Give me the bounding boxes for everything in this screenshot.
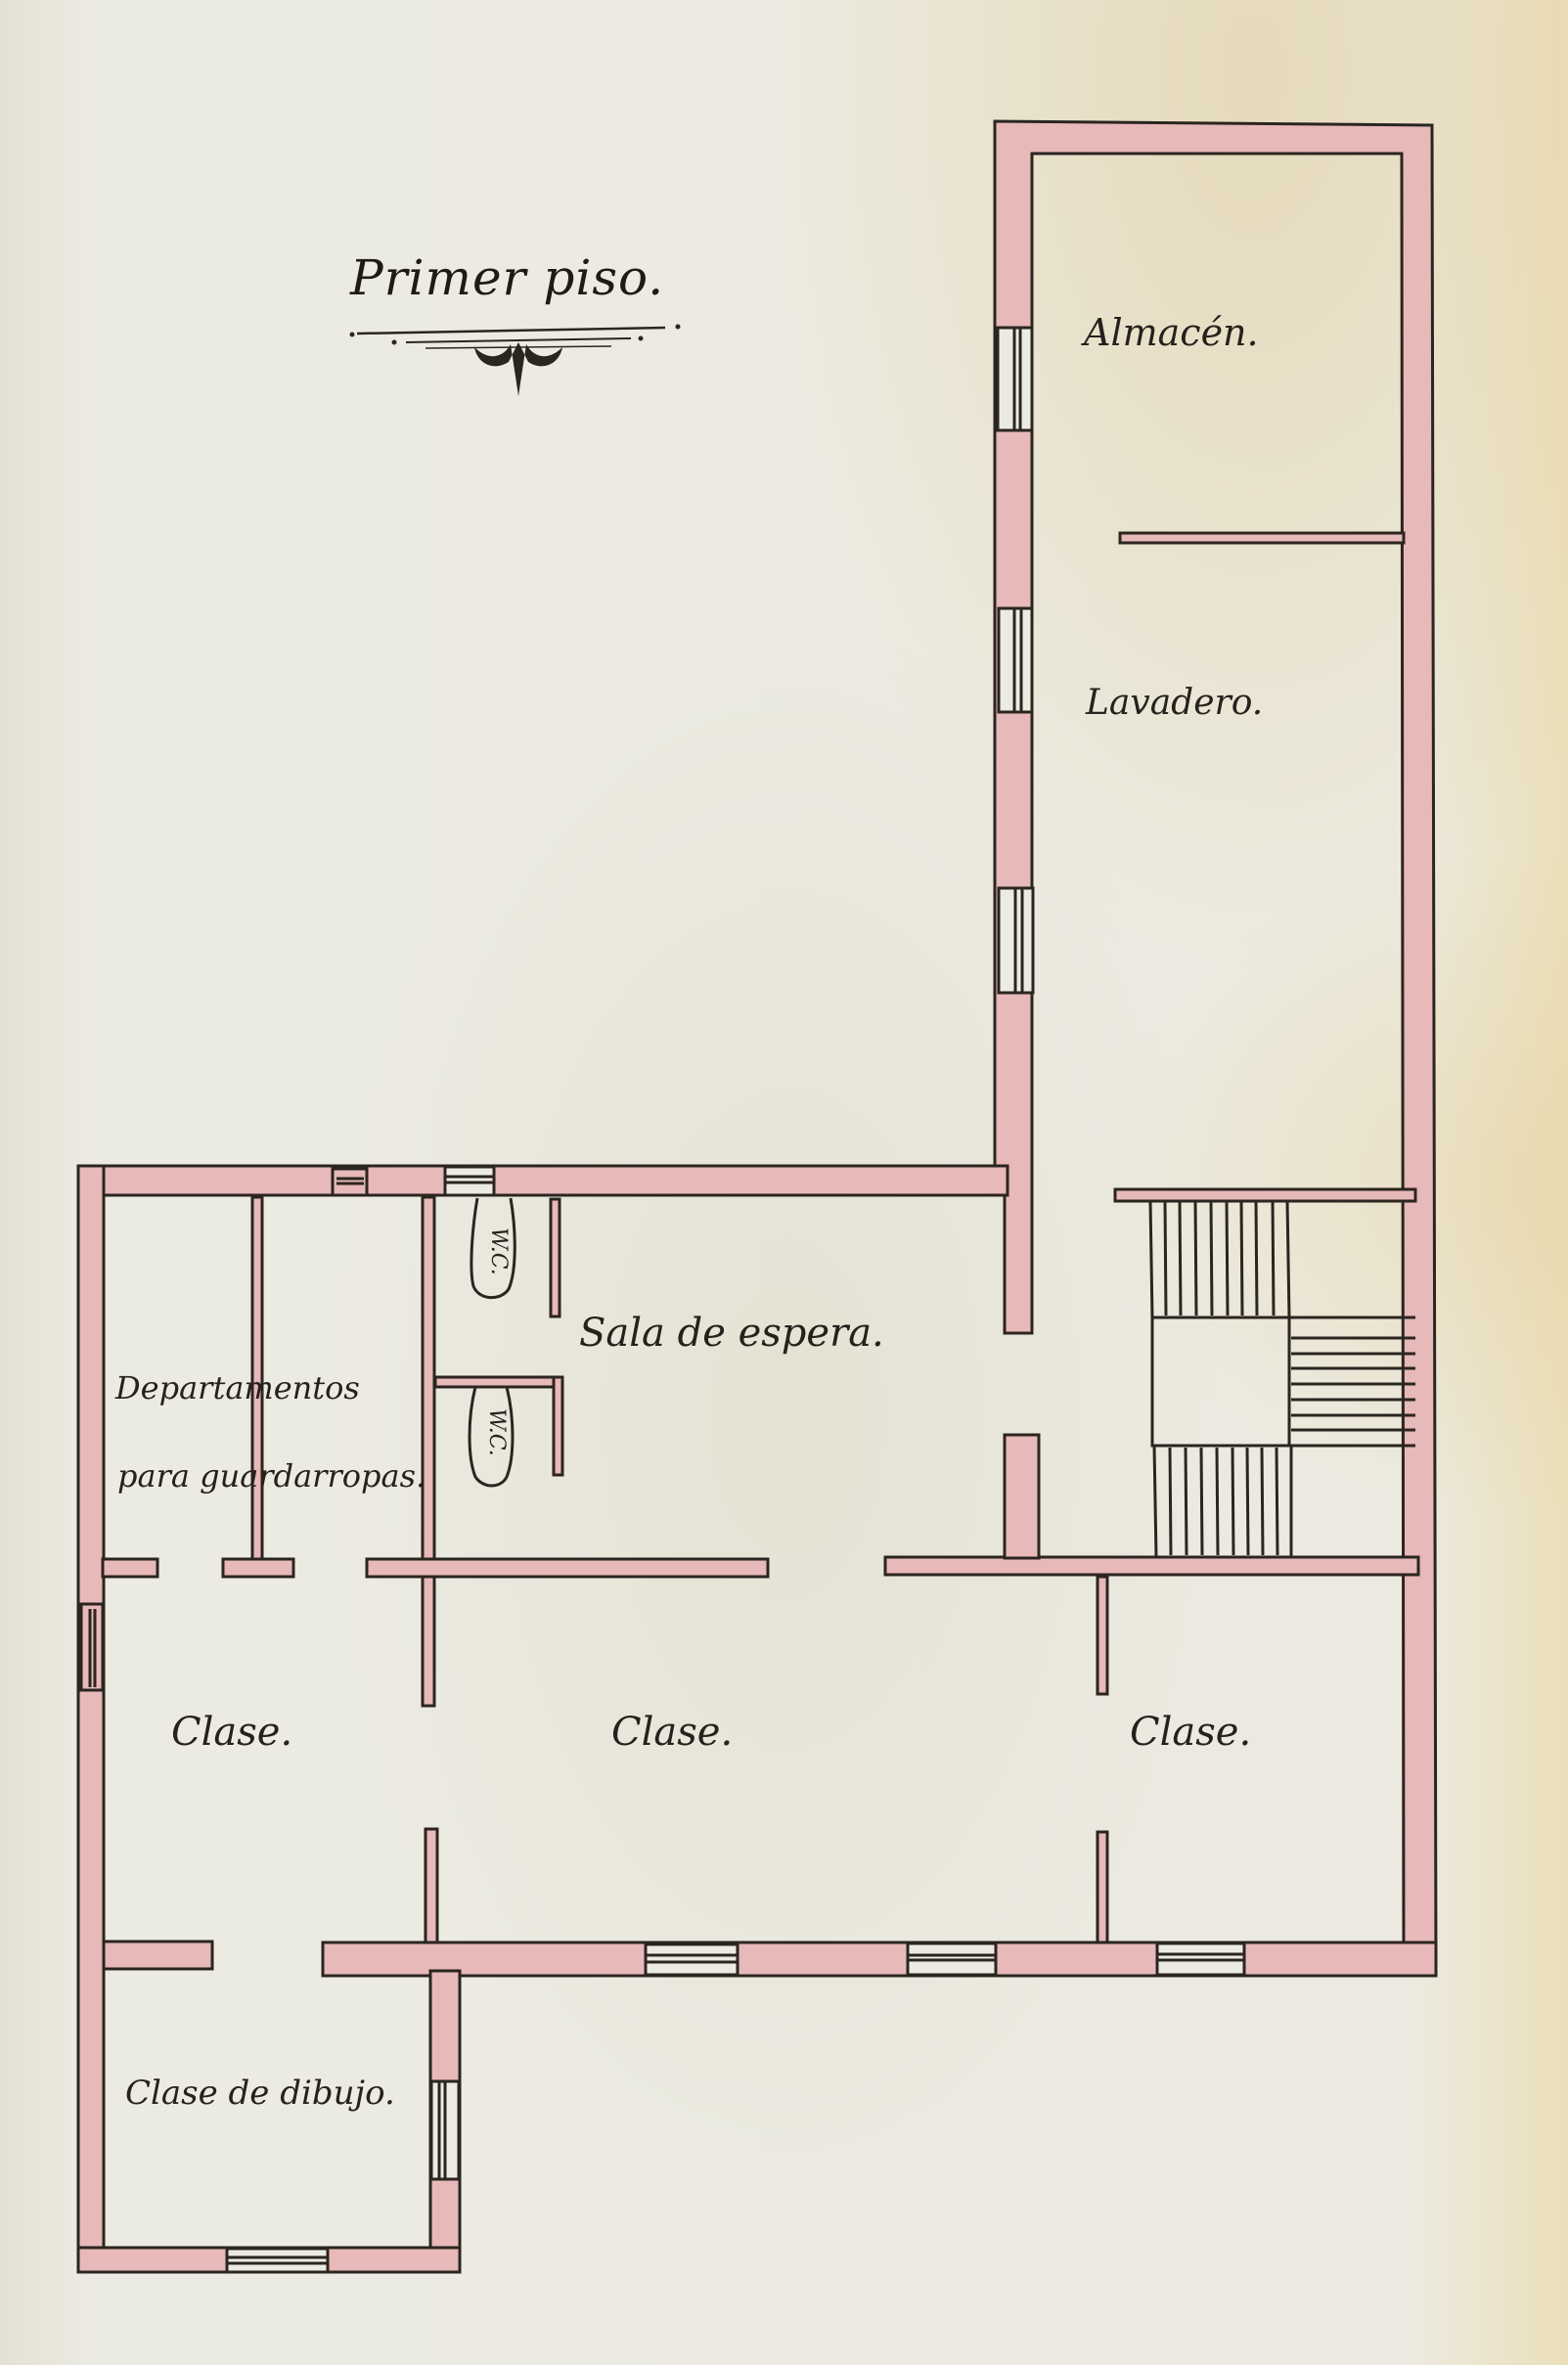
room-label-departamentos: Departamentos: [115, 1369, 360, 1406]
room-label-guardarropas: para guardarropas.: [117, 1457, 426, 1495]
room-label-wc-1: W.C.: [486, 1227, 511, 1275]
title-ornament: [350, 325, 681, 397]
staircase: [1150, 1201, 1415, 1557]
room-label-sala-espera: Sala de espera.: [579, 1311, 884, 1356]
room-label-wc-2: W.C.: [484, 1408, 509, 1456]
floor-plan: [0, 0, 1568, 2365]
page-title: Primer piso.: [350, 249, 664, 306]
room-label-clase-1: Clase.: [171, 1710, 292, 1755]
interior-partitions: [103, 1189, 1418, 1942]
room-label-clase-2: Clase.: [611, 1710, 733, 1755]
room-label-clase-dibujo: Clase de dibujo.: [125, 2074, 395, 2113]
room-label-almacen: Almacén.: [1084, 311, 1259, 354]
tower-walls: [995, 121, 1436, 1976]
room-label-lavadero: Lavadero.: [1086, 683, 1263, 723]
room-label-clase-3: Clase.: [1130, 1710, 1251, 1755]
